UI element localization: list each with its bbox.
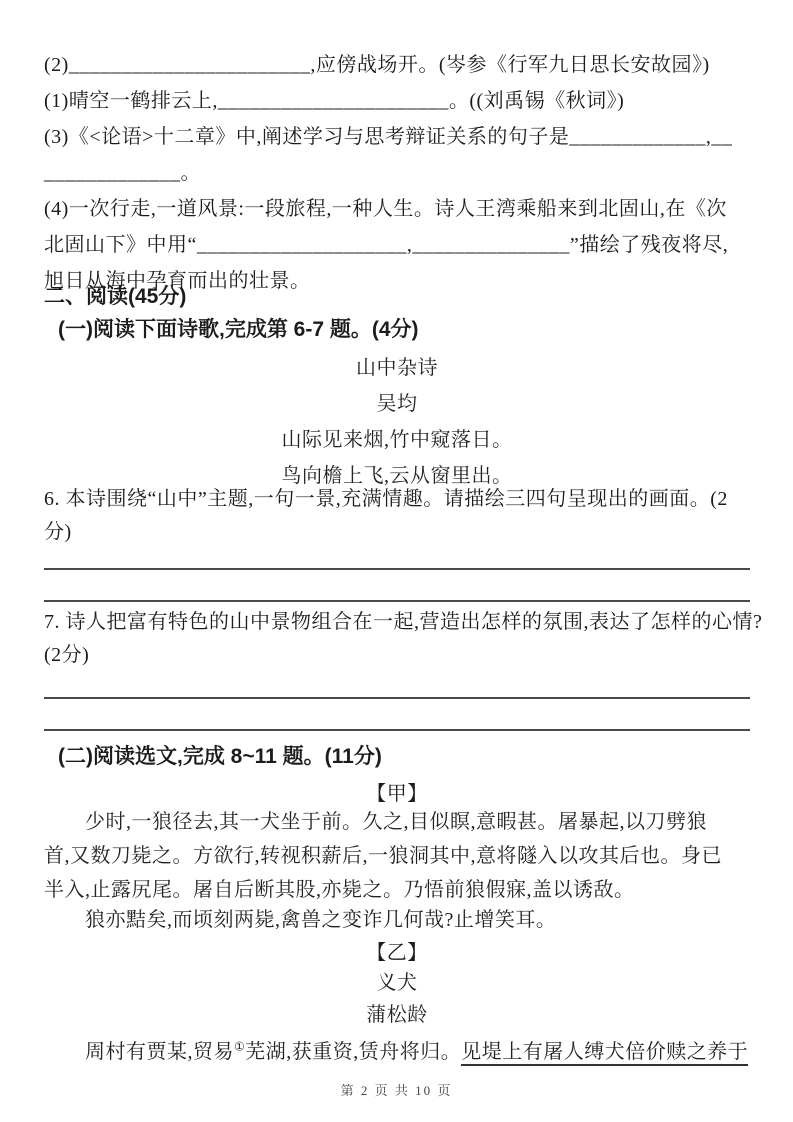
poem-block: 山中杂诗 吴均 山际见来烟,竹中窥落日。 鸟向檐上飞,云从窗里出。 xyxy=(44,350,750,494)
poem-author: 吴均 xyxy=(44,386,750,422)
question-7-line-2: (2分) xyxy=(44,639,750,672)
fill-q3-line-2: _____________。 xyxy=(44,155,750,191)
poem-line: 山际见来烟,竹中窥落日。 xyxy=(44,422,750,458)
question-7-line-1: 7. 诗人把富有特色的山中景物组合在一起,营造出怎样的氛围,表达了怎样的心情? xyxy=(44,606,750,639)
yi-line: 周村有贾某,贸易①芜湖,获重资,赁舟将归。见堤上有屠人缚犬倍价赎之养于 xyxy=(44,1035,750,1069)
question-7: 7. 诗人把富有特色的山中景物组合在一起,营造出怎样的氛围,表达了怎样的心情? … xyxy=(44,606,750,672)
answer-line xyxy=(44,729,750,731)
jia-line: 半入,止露尻尾。屠自后断其股,亦毙之。乃悟前狼假寐,盖以诱敌。 xyxy=(44,873,750,907)
fill-q2-line: (2)_______________________,应傍战场开。(岑参《行军九… xyxy=(44,47,750,83)
fill-q4-line-2: 北固山下》中用“____________________,___________… xyxy=(44,227,750,263)
fill-in-questions: (2)_______________________,应傍战场开。(岑参《行军九… xyxy=(44,47,750,299)
jia-line: 狼亦黠矣,而顷刻两毙,禽兽之变诈几何哉?止增笑耳。 xyxy=(44,903,750,937)
yi-text-underlined: 见堤上有屠人缚犬倍价赎之养于 xyxy=(461,1041,748,1066)
fill-q3-line-1: (3)《<论语>十二章》中,阐述学习与思考辩证关系的句子是___________… xyxy=(44,119,750,155)
answer-line xyxy=(44,600,750,602)
question-6-line-1: 6. 本诗围绕“山中”主题,一句一景,充满情趣。请描绘三四句呈现出的画面。(2 xyxy=(44,483,750,516)
fill-q4-line-1: (4)一次行走,一道风景:一段旅程,一种人生。诗人王湾乘船来到北固山,在《次 xyxy=(44,191,750,227)
passage-jia-text: 少时,一狼径去,其一犬坐于前。久之,目似瞑,意暇甚。屠暴起,以刀劈狼 首,又数刀… xyxy=(44,805,750,907)
document-page: (2)_______________________,应傍战场开。(岑参《行军九… xyxy=(0,0,793,1122)
question-6: 6. 本诗围绕“山中”主题,一句一景,充满情趣。请描绘三四句呈现出的画面。(2 … xyxy=(44,483,750,549)
yi-label-text: 【乙】 xyxy=(366,942,428,964)
yi-text-pre: 周村有贾某,贸易 xyxy=(85,1041,234,1063)
section-reading-heading: 二、阅读(45分) xyxy=(44,283,750,311)
question-6-line-2: 分) xyxy=(44,516,750,549)
part2-heading: (二)阅读选文,完成 8~11 题。(11分) xyxy=(44,743,764,771)
passage-yi-author: 蒲松龄 xyxy=(44,998,750,1032)
part1-heading: (一)阅读下面诗歌,完成第 6-7 题。(4分) xyxy=(44,316,764,344)
passage-yi-title-block: 义犬 xyxy=(44,966,750,1000)
poem-title: 山中杂诗 xyxy=(44,350,750,386)
yi-text-mid: 芜湖,获重资,赁舟将归。 xyxy=(245,1041,461,1063)
answer-line xyxy=(44,568,750,570)
footnote-marker: ① xyxy=(234,1039,245,1053)
answer-line xyxy=(44,697,750,699)
jia-line: 少时,一狼径去,其一犬坐于前。久之,目似瞑,意暇甚。屠暴起,以刀劈狼 xyxy=(44,805,750,839)
jia-line: 首,又数刀毙之。方欲行,转视积薪后,一狼洞其中,意将隧入以攻其后也。身已 xyxy=(44,839,750,873)
fill-q1-line: (1)晴空一鹤排云上,______________________。((刘禹锡《… xyxy=(44,83,750,119)
passage-yi-title: 义犬 xyxy=(44,966,750,1000)
passage-yi-text: 周村有贾某,贸易①芜湖,获重资,赁舟将归。见堤上有屠人缚犬倍价赎之养于 xyxy=(44,1035,750,1069)
page-number-footer: 第 2 页 共 10 页 xyxy=(0,1080,793,1099)
passage-jia-closing: 狼亦黠矣,而顷刻两毙,禽兽之变诈几何哉?止增笑耳。 xyxy=(44,903,750,937)
jia-label-text: 【甲】 xyxy=(366,783,428,805)
passage-yi-author-block: 蒲松龄 xyxy=(44,998,750,1032)
